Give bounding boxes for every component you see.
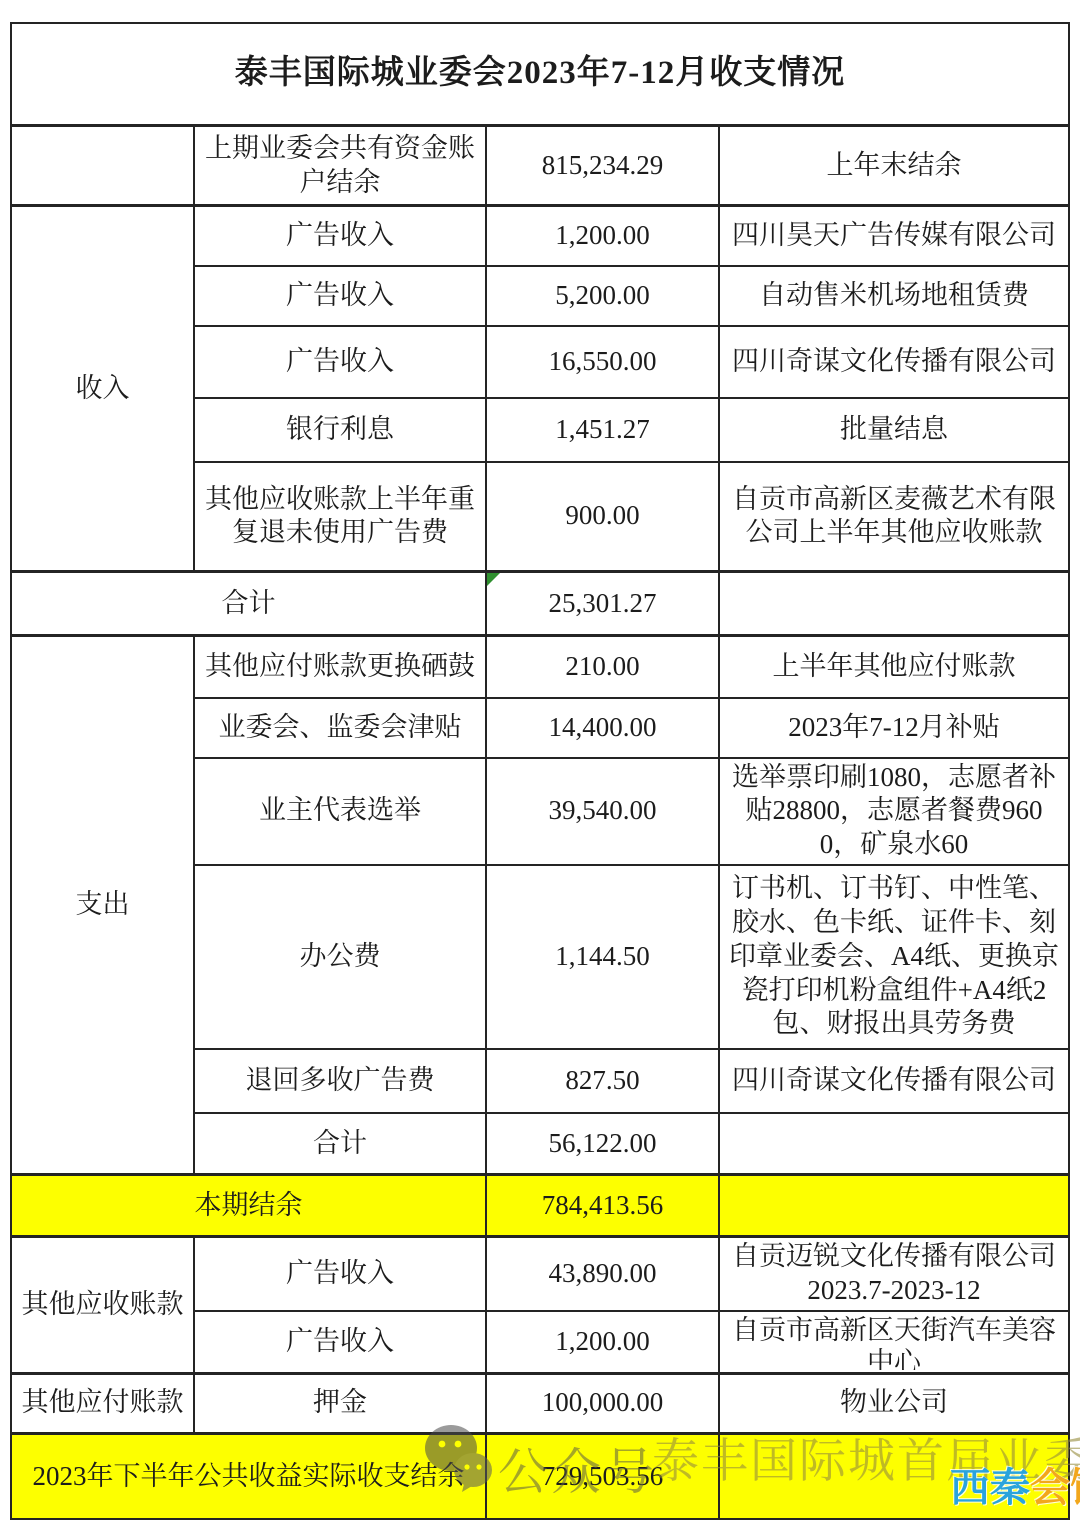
expense-total-amount: 56,122.00 (486, 1113, 719, 1175)
amount-cell: 1,451.27 (486, 398, 719, 462)
amount-cell: 827.50 (486, 1049, 719, 1113)
note-cell: 批量结息 (719, 398, 1069, 462)
income-total-label: 合计 (11, 572, 486, 636)
section-label-other-payable: 其他应付账款 (11, 1373, 194, 1433)
empty-note-cell (719, 1175, 1069, 1237)
note-cell: 四川奇谋文化传播有限公司 (719, 326, 1069, 398)
expense-total-label: 合计 (194, 1113, 486, 1175)
income-total-value: 25,301.27 (549, 588, 657, 618)
amount-cell: 43,890.00 (486, 1237, 719, 1311)
item-cell: 退回多收广告费 (194, 1049, 486, 1113)
amount-cell: 5,200.00 (486, 266, 719, 326)
empty-note-cell (719, 1113, 1069, 1175)
note-cell: 自贡市高新区麦薇艺术有限公司上半年其他应收账款 (719, 462, 1069, 572)
item-cell: 广告收入 (194, 326, 486, 398)
amount-cell: 900.00 (486, 462, 719, 572)
clipped-note-text: 自贡市高新区天街汽车美容中心 (728, 1314, 1060, 1370)
amount-cell: 14,400.00 (486, 698, 719, 758)
item-cell: 其他应付账款更换硒鼓 (194, 636, 486, 698)
section-label-other-receivable: 其他应收账款 (11, 1237, 194, 1374)
note-cell: 自动售米机场地租赁费 (719, 266, 1069, 326)
amount-cell: 1,144.50 (486, 865, 719, 1049)
item-cell: 业委会、监委会津贴 (194, 698, 486, 758)
item-cell: 上期业委会共有资金账户结余 (194, 126, 486, 206)
item-cell: 其他应收账款上半年重复退未使用广告费 (194, 462, 486, 572)
amount-cell: 100,000.00 (486, 1373, 719, 1433)
item-cell: 银行利息 (194, 398, 486, 462)
amount-cell: 815,234.29 (486, 126, 719, 206)
item-cell: 广告收入 (194, 206, 486, 266)
note-cell: 四川昊天广告传媒有限公司 (719, 206, 1069, 266)
final-balance-amount: 729,503.56 (486, 1433, 719, 1519)
note-cell: 上年末结余 (719, 126, 1069, 206)
empty-note-cell (719, 1433, 1069, 1519)
amount-cell: 210.00 (486, 636, 719, 698)
note-cell: 物业公司 (719, 1373, 1069, 1433)
amount-cell: 39,540.00 (486, 758, 719, 865)
note-cell: 自贡迈锐文化传播有限公司2023.7-2023-12 (719, 1237, 1069, 1311)
amount-cell: 16,550.00 (486, 326, 719, 398)
item-cell: 办公费 (194, 865, 486, 1049)
current-balance-label: 本期结余 (11, 1175, 486, 1237)
section-label-expense: 支出 (11, 636, 194, 1175)
item-cell: 押金 (194, 1373, 486, 1433)
item-cell: 广告收入 (194, 1311, 486, 1374)
empty-note-cell (719, 572, 1069, 636)
amount-cell: 1,200.00 (486, 1311, 719, 1374)
item-cell: 业主代表选举 (194, 758, 486, 865)
note-cell: 四川奇谋文化传播有限公司 (719, 1049, 1069, 1113)
note-cell: 自贡市高新区天街汽车美容中心 (719, 1311, 1069, 1374)
note-cell: 2023年7-12月补贴 (719, 698, 1069, 758)
current-balance-amount: 784,413.56 (486, 1175, 719, 1237)
income-total-amount: 25,301.27 (486, 572, 719, 636)
note-cell: 选举票印刷1080，志愿者补贴28800，志愿者餐费9600，矿泉水60 (719, 758, 1069, 865)
income-expense-table: 泰丰国际城业委会2023年7-12月收支情况 上期业委会共有资金账户结余 815… (10, 22, 1070, 1520)
table-title: 泰丰国际城业委会2023年7-12月收支情况 (11, 23, 1069, 126)
excel-corner-marker-icon (487, 573, 500, 586)
item-cell: 广告收入 (194, 1237, 486, 1311)
empty-category-cell (11, 126, 194, 206)
amount-cell: 1,200.00 (486, 206, 719, 266)
section-label-income: 收入 (11, 206, 194, 572)
item-cell: 广告收入 (194, 266, 486, 326)
final-balance-label: 2023年下半年公共收益实际收支结余 (11, 1433, 486, 1519)
note-cell: 订书机、订书钉、中性笔、胶水、色卡纸、证件卡、刻印章业委会、A4纸、更换京瓷打印… (719, 865, 1069, 1049)
note-cell: 上半年其他应付账款 (719, 636, 1069, 698)
